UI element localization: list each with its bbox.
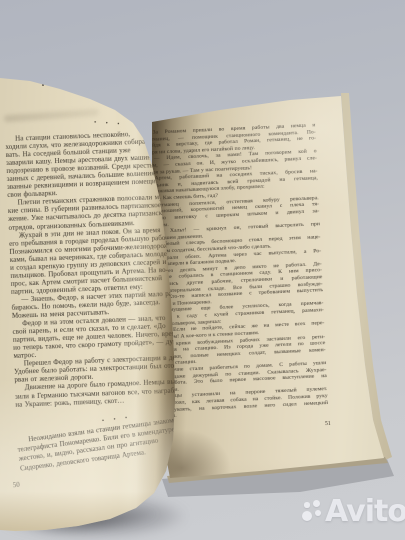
avito-logo-dot-right — [315, 510, 321, 516]
section-separator-top: • • • — [94, 120, 122, 128]
page-number-51: 51 — [325, 421, 331, 427]
page-number-50: 50 — [13, 482, 20, 490]
photo-canvas: За Романом пришли во время работы два не… — [0, 0, 405, 540]
avito-logo-dot-medium — [313, 500, 320, 507]
ink-bleed-through — [4, 109, 99, 123]
avito-watermark: Avito — [296, 496, 405, 536]
avito-logo-dot-small — [304, 502, 310, 508]
avito-logo-icon — [296, 496, 324, 524]
avito-logo-dot-large — [302, 511, 312, 521]
avito-wordmark: Avito — [325, 497, 405, 527]
